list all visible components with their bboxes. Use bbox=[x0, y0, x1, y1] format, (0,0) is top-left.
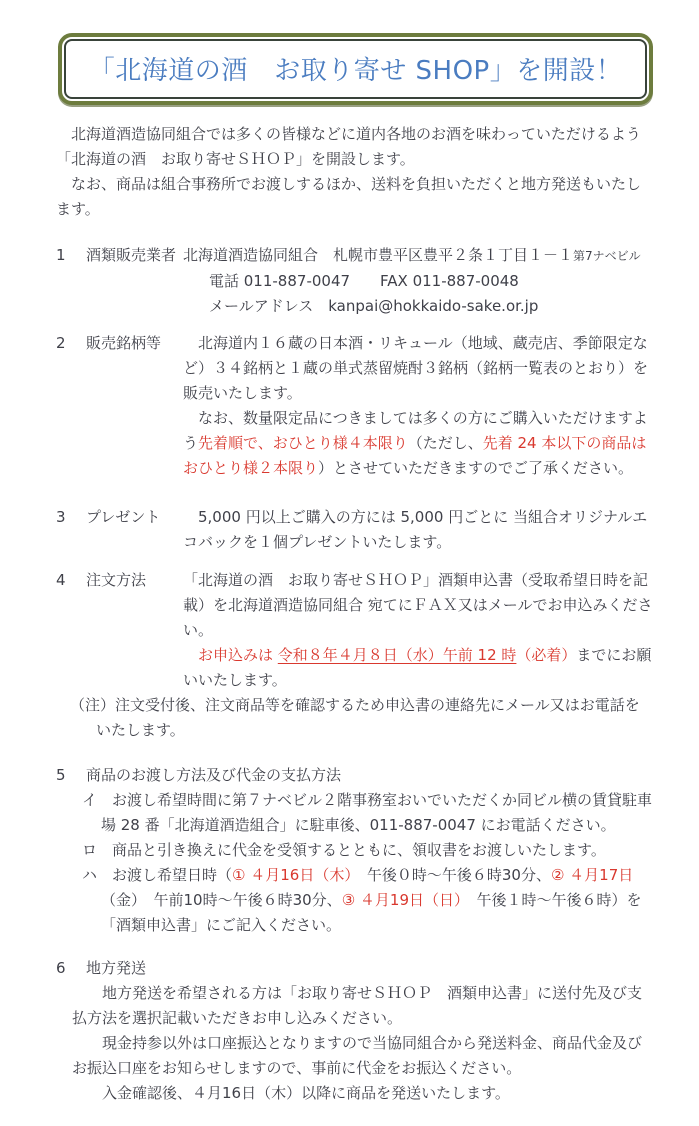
section-3-body: 5,000 円以上ご購入の方には 5,000 円ごとに 当組合オリジナルエコバッ… bbox=[183, 505, 653, 555]
deadline-paragraph: お申込みは 令和８年４月８日（水）午前 12 時（必着）までにお願いいたします。 bbox=[183, 643, 653, 693]
order-note: （注）注文受付後、注文商品等を確認するため申込書の連絡先にメール又はお電話をいた… bbox=[70, 693, 653, 743]
intro-paragraph: 北海道酒造協同組合では多くの皆様などに道内各地のお酒を味わっていただけるよう「北… bbox=[56, 122, 653, 222]
title-inner-border: 「北海道の酒 お取り寄せ SHOP」を開設！ bbox=[64, 39, 647, 99]
pickup-date-1: ① ４月16日（木） bbox=[232, 866, 352, 884]
section-3-number: 3 bbox=[56, 505, 86, 530]
section-2-body: 北海道内１６蔵の日本酒・リキュール（地域、蔵売店、季節限定など）３４銘柄と１蔵の… bbox=[183, 331, 653, 481]
section-2-heading: 販売銘柄等 bbox=[86, 331, 183, 356]
intro-line-2: なお、商品は組合事務所でお渡しするほか、送料を負担いただくと地方発送もいたします… bbox=[56, 172, 653, 222]
deadline-must-arrive: （必着） bbox=[516, 646, 576, 664]
item-ha-pickup-datetime: ハ お渡し希望日時（① ４月16日（木） 午後０時～午後６時30分、② ４月17… bbox=[82, 863, 653, 938]
section-2-brands: 2 販売銘柄等 北海道内１６蔵の日本酒・リキュール（地域、蔵売店、季節限定など）… bbox=[56, 331, 653, 481]
section-1-body: 北海道酒造協同組合 札幌市豊平区豊平２条１丁目１－１第7ナベビル 電話 011-… bbox=[183, 243, 653, 319]
limited-quantity-paragraph: なお、数量限定品につきましては多くの方にご購入いただけますよう先着順で、おひとり… bbox=[183, 406, 653, 481]
phone-fax-line: 電話 011-887-0047 FAX 011-887-0048 bbox=[183, 269, 653, 294]
shipping-paragraph-1: 地方発送を希望される方は「お取り寄せＳＨＯＰ 酒類申込書」に送付先及び支払方法を… bbox=[72, 981, 653, 1031]
section-4-number: 4 bbox=[56, 568, 86, 593]
section-4-body: 「北海道の酒 お取り寄せＳＨＯＰ」酒類申込書（受取希望日時を記載）を北海道酒造協… bbox=[183, 568, 653, 693]
brands-paragraph: 北海道内１６蔵の日本酒・リキュール（地域、蔵売店、季節限定など）３４銘柄と１蔵の… bbox=[183, 331, 653, 406]
first-come-limit-text: 先着順で、おひとり様４本限り bbox=[198, 434, 408, 452]
section-6-regional-shipping: 6 地方発送 地方発送を希望される方は「お取り寄せＳＨＯＰ 酒類申込書」に送付先… bbox=[56, 956, 653, 1106]
section-3-present: 3 プレゼント 5,000 円以上ご購入の方には 5,000 円ごとに 当組合オ… bbox=[56, 505, 653, 555]
section-1-seller: 1 酒類販売業者 北海道酒造協同組合 札幌市豊平区豊平２条１丁目１－１第7ナベビ… bbox=[56, 243, 653, 319]
section-6-heading: 地方発送 bbox=[86, 956, 146, 981]
section-3-heading: プレゼント bbox=[86, 505, 183, 530]
item-i-pickup-place: イ お渡し希望時間に第７ナベビル２階事務室おいでいただくか同ビル横の賃貸駐車場 … bbox=[82, 788, 653, 838]
seller-name-address: 北海道酒造協同組合 札幌市豊平区豊平２条１丁目１－１第7ナベビル bbox=[183, 243, 653, 269]
section-2-number: 2 bbox=[56, 331, 86, 356]
page-title: 「北海道の酒 お取り寄せ SHOP」を開設！ bbox=[89, 56, 622, 86]
pickup-date-3: ③ ４月19日（日） bbox=[342, 891, 462, 909]
section-1-heading: 酒類販売業者 bbox=[86, 243, 183, 268]
deadline-date: 令和８年４月８日（水）午前 12 時 bbox=[278, 646, 517, 664]
section-4-heading: 注文方法 bbox=[86, 568, 183, 593]
title-box: 「北海道の酒 お取り寄せ SHOP」を開設！ bbox=[58, 33, 653, 105]
intro-line-1: 北海道酒造協同組合では多くの皆様などに道内各地のお酒を味わっていただけるよう「北… bbox=[56, 122, 653, 172]
section-5-number: 5 bbox=[56, 763, 86, 788]
section-1-number: 1 bbox=[56, 243, 86, 268]
document-page: 「北海道の酒 お取り寄せ SHOP」を開設！ 北海道酒造協同組合では多くの皆様な… bbox=[0, 0, 699, 1126]
shipping-paragraph-2: 現金持参以外は口座振込となりますので当協同組合から発送料金、商品代金及びお振込口… bbox=[72, 1031, 653, 1081]
section-5-heading: 商品のお渡し方法及び代金の支払方法 bbox=[86, 763, 341, 788]
building-name: 第7ナベビル bbox=[573, 249, 641, 263]
present-paragraph: 5,000 円以上ご購入の方には 5,000 円ごとに 当組合オリジナルエコバッ… bbox=[183, 505, 653, 555]
email-line: メールアドレス kanpai@hokkaido-sake.or.jp bbox=[183, 294, 653, 319]
item-ro-receipt: ロ 商品と引き換えに代金を受領するとともに、領収書をお渡しいたします。 bbox=[82, 838, 653, 863]
shipping-paragraph-3: 入金確認後、４月16日（木）以降に商品を発送いたします。 bbox=[72, 1081, 653, 1106]
section-4-order-method: 4 注文方法 「北海道の酒 お取り寄せＳＨＯＰ」酒類申込書（受取希望日時を記載）… bbox=[56, 568, 653, 743]
section-5-delivery-payment: 5 商品のお渡し方法及び代金の支払方法 イ お渡し希望時間に第７ナベビル２階事務… bbox=[56, 763, 653, 938]
pickup-date-2: ② ４月17日 bbox=[551, 866, 633, 884]
section-6-number: 6 bbox=[56, 956, 86, 981]
order-method-paragraph: 「北海道の酒 お取り寄せＳＨＯＰ」酒類申込書（受取希望日時を記載）を北海道酒造協… bbox=[183, 568, 653, 643]
